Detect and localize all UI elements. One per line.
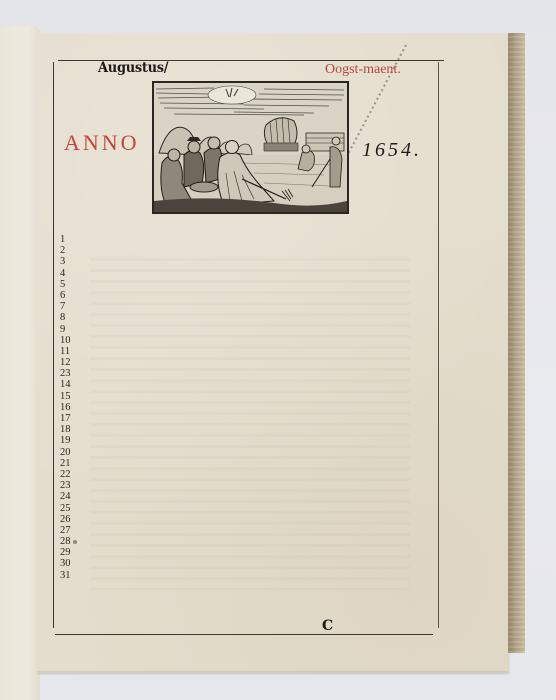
anno-label: ANNO (64, 130, 140, 156)
day-number: 27 (60, 525, 80, 536)
day-number: 2 (60, 245, 80, 256)
month-title-dutch: Oogst-maent. (325, 62, 401, 78)
page-shadow (37, 671, 508, 675)
day-number: 9 (60, 324, 80, 335)
day-number: 30 (60, 558, 80, 569)
day-number: 28 (60, 536, 80, 547)
day-number: 25 (60, 503, 80, 514)
day-number: 11 (60, 346, 80, 357)
woodcut-image-icon (154, 83, 347, 212)
paper-blemish (73, 540, 77, 544)
day-number: 6 (60, 290, 80, 301)
year-label: 1654. (362, 139, 422, 162)
day-number: 4 (60, 268, 80, 279)
day-number: 31 (60, 570, 80, 581)
day-number: 21 (60, 458, 80, 469)
catchword: C (322, 618, 333, 634)
month-title-latin: Augustus/ (98, 61, 168, 77)
day-number: 18 (60, 424, 80, 435)
day-number: 17 (60, 413, 80, 424)
day-number: 22 (60, 469, 80, 480)
day-number: 12 (60, 357, 80, 368)
day-number: 15 (60, 391, 80, 402)
day-number: 7 (60, 301, 80, 312)
facing-page-edge (0, 26, 40, 700)
day-number: 3 (60, 256, 80, 267)
day-number-column: 1 2 3 4 5 6 7 8 9 10 11 12 23 14 15 16 1… (60, 234, 80, 581)
day-number: 8 (60, 312, 80, 323)
harvest-woodcut-illustration (152, 81, 349, 214)
day-number: 16 (60, 402, 80, 413)
show-through-text (90, 250, 410, 590)
day-number: 19 (60, 435, 80, 446)
frame-rule-bottom (55, 634, 433, 635)
day-number: 23 (60, 368, 80, 379)
day-number: 5 (60, 279, 80, 290)
book-fore-edge (505, 33, 525, 653)
frame-rule-left (53, 62, 54, 628)
day-number: 29 (60, 547, 80, 558)
frame-rule-right (438, 62, 439, 628)
day-number: 10 (60, 335, 80, 346)
day-number: 14 (60, 379, 80, 390)
day-number: 20 (60, 447, 80, 458)
day-number: 1 (60, 234, 80, 245)
day-number: 23 (60, 480, 80, 491)
day-number: 26 (60, 514, 80, 525)
day-number: 24 (60, 491, 80, 502)
